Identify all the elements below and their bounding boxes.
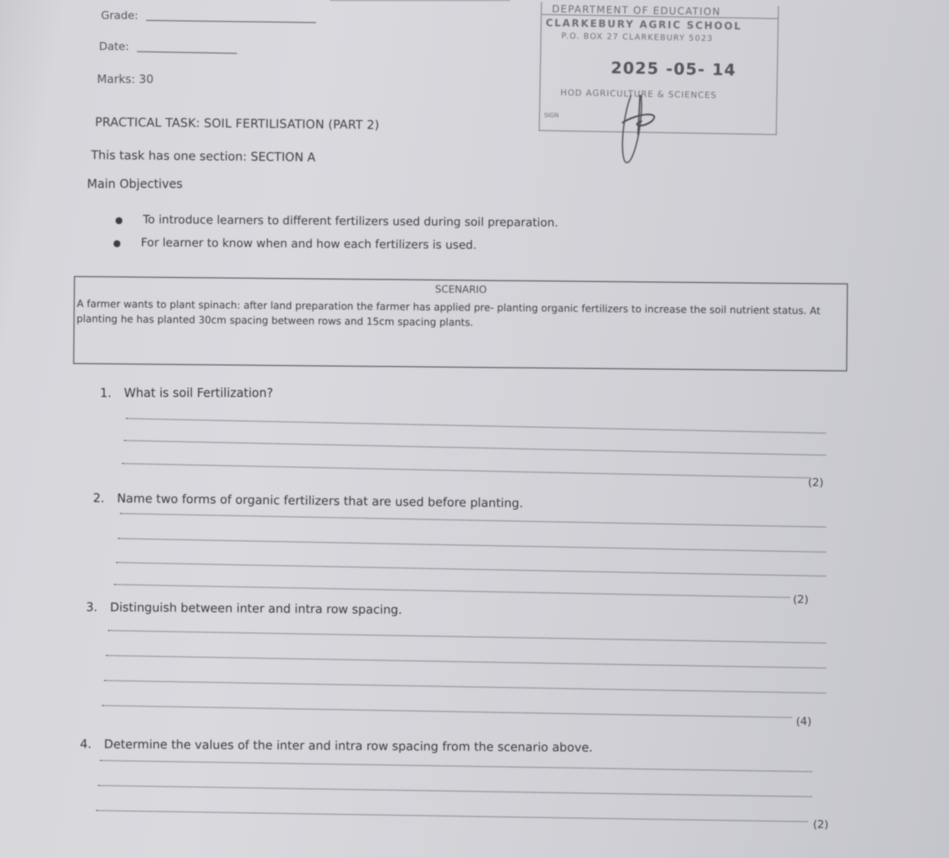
question-number: 2. — [93, 491, 117, 505]
question-number: 4. — [80, 737, 104, 751]
task-title: PRACTICAL TASK: SOIL FERTILISATION (PART… — [95, 115, 379, 132]
stamp-date: 2025 -05- 14 — [611, 58, 737, 79]
question-2: 2.Name two forms of organic fertilizers … — [93, 491, 523, 510]
bullet-icon: ● — [113, 239, 121, 249]
question-text: What is soil Fertilization? — [124, 386, 273, 400]
question-number: 1. — [100, 386, 124, 400]
worksheet-page: Grade: Date: Marks: 30 DEPARTMENT OF EDU… — [0, 0, 949, 858]
stamp-school: CLARKEBURY AGRIC SCHOOL — [546, 18, 742, 32]
objectives-heading: Main Objectives — [87, 177, 183, 191]
answer-line[interactable] — [104, 680, 826, 694]
signature-icon — [612, 95, 682, 165]
page-top-edge — [330, 0, 510, 1]
stamp-sign-label: SIGN — [544, 112, 559, 119]
grade-field: Grade: — [101, 9, 316, 22]
question-3: 3.Distinguish between inter and intra ro… — [86, 600, 402, 617]
answer-line[interactable] — [120, 513, 826, 528]
answer-line[interactable] — [124, 440, 826, 456]
date-blank[interactable] — [136, 51, 236, 54]
answer-line[interactable] — [122, 463, 810, 478]
question-text: Name two forms of organic fertilizers th… — [117, 491, 523, 510]
question-1: 1.What is soil Fertilization? — [100, 386, 273, 400]
objective-text: To introduce learners to different ferti… — [143, 212, 559, 229]
objective-text: For learner to know when and how each fe… — [141, 235, 477, 252]
marks-total: Marks: 30 — [97, 72, 154, 86]
answer-line[interactable] — [108, 630, 826, 644]
answer-line[interactable] — [116, 562, 826, 577]
grade-label: Grade: — [101, 9, 138, 22]
answer-line[interactable] — [106, 655, 826, 669]
date-field: Date: — [99, 40, 237, 53]
answer-line[interactable] — [114, 584, 790, 598]
scenario-text: A farmer wants to plant spinach: after l… — [77, 297, 837, 334]
scenario-box: SCENARIO A farmer wants to plant spinach… — [73, 276, 848, 371]
answer-line[interactable] — [98, 785, 812, 797]
grade-blank[interactable] — [146, 20, 316, 23]
question-text: Determine the values of the inter and in… — [104, 737, 593, 754]
question-marks: (2) — [808, 476, 824, 489]
question-text: Distinguish between inter and intra row … — [110, 600, 402, 617]
objective-item: ●For learner to know when and how each f… — [113, 235, 477, 252]
answer-line[interactable] — [118, 538, 826, 553]
answer-line[interactable] — [100, 760, 812, 772]
answer-line[interactable] — [126, 418, 826, 434]
sections-note: This task has one section: SECTION A — [91, 148, 316, 164]
answer-line[interactable] — [102, 705, 792, 718]
bullet-icon: ● — [115, 216, 123, 226]
question-number: 3. — [86, 600, 110, 614]
stamp-address: P.O. BOX 27 CLARKEBURY 5023 — [561, 31, 713, 43]
question-4: 4.Determine the values of the inter and … — [80, 737, 593, 755]
question-marks: (2) — [793, 593, 809, 606]
date-label: Date: — [99, 40, 129, 53]
scenario-heading: SCENARIO — [75, 281, 847, 299]
answer-line[interactable] — [96, 810, 808, 822]
question-marks: (2) — [813, 818, 829, 831]
objective-item: ●To introduce learners to different fert… — [115, 212, 558, 229]
question-marks: (4) — [796, 715, 812, 728]
